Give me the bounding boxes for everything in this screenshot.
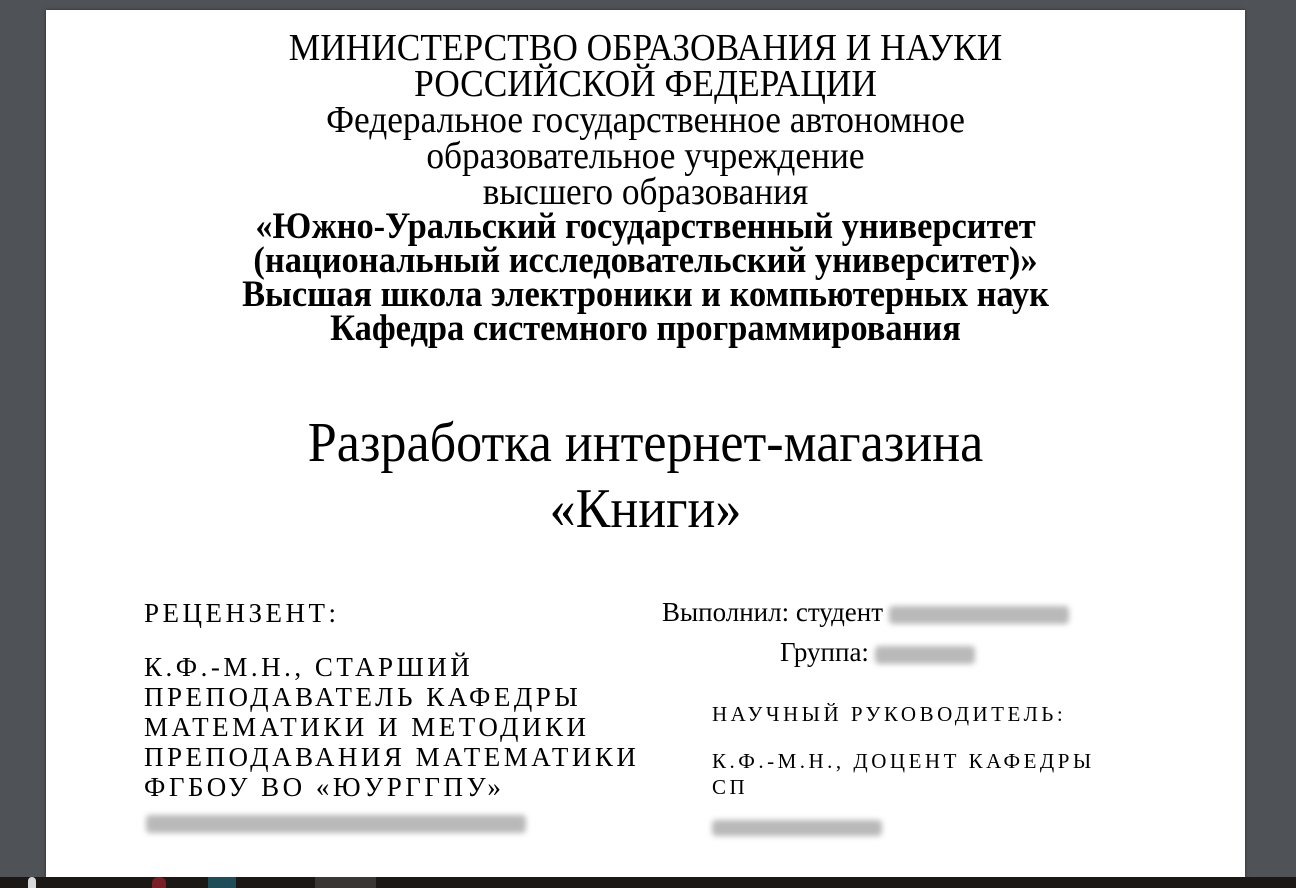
student-name-row: Выполнил: студент [662,594,1162,634]
start-icon[interactable] [28,877,36,888]
header-line-ministry: МИНИСТЕРСТВО ОБРАЗОВАНИЯ И НАУКИ [88,30,1203,66]
document-viewer: МИНИСТЕРСТВО ОБРАЗОВАНИЯ И НАУКИ РОССИЙС… [0,0,1296,877]
supervisor-desc-line: СП [712,774,1172,800]
supervisor-description: К.Ф.-М.Н., ДОЦЕНТ КАФЕДРЫ СП [712,748,1172,800]
app-icon-teal[interactable] [208,877,236,888]
group-label: Группа: [780,637,869,667]
performed-by-label: Выполнил: студент [662,597,883,627]
institution-header: МИНИСТЕРСТВО ОБРАЗОВАНИЯ И НАУКИ РОССИЙС… [46,30,1245,346]
document-page: МИНИСТЕРСТВО ОБРАЗОВАНИЯ И НАУКИ РОССИЙС… [46,10,1245,877]
reviewer-desc-line: МАТЕМАТИКИ И МЕТОДИКИ [144,712,704,742]
header-line-higher-education: высшего образования [88,174,1203,210]
supervisor-label: НАУЧНЫЙ РУКОВОДИТЕЛЬ: [712,700,1172,728]
supervisor-desc-line: К.Ф.-М.Н., ДОЦЕНТ КАФЕДРЫ [712,748,1172,774]
header-line-department: Кафедра системного программирования [88,312,1203,346]
header-line-institution-type: образовательное учреждение [88,138,1203,174]
reviewer-block: РЕЦЕНЗЕНТ: К.Ф.-М.Н., СТАРШИЙ ПРЕПОДАВАТ… [144,598,704,833]
student-block: Выполнил: студент Группа: [662,594,1162,674]
taskbar [0,877,1296,888]
student-group-redacted [875,646,975,664]
reviewer-name-redacted [146,815,526,833]
active-app-button[interactable] [315,877,376,888]
header-line-federation: РОССИЙСКОЙ ФЕДЕРАЦИИ [88,66,1203,102]
title-line-1: Разработка интернет-магазина [88,410,1203,476]
student-name-redacted [889,606,1069,624]
header-line-university-status: (национальный исследовательский универси… [88,244,1203,278]
reviewer-label: РЕЦЕНЗЕНТ: [144,598,704,628]
reviewer-desc-line: ФГБОУ ВО «ЮУРГГПУ» [144,772,704,802]
header-line-university: «Южно-Уральский государственный универси… [88,210,1203,244]
header-line-federal: Федеральное государственное автономное [88,102,1203,138]
reviewer-desc-line: ПРЕПОДАВАТЕЛЬ КАФЕДРЫ [144,682,704,712]
supervisor-block: НАУЧНЫЙ РУКОВОДИТЕЛЬ: К.Ф.-М.Н., ДОЦЕНТ … [712,700,1172,836]
supervisor-name-redacted [712,820,882,836]
header-line-school: Высшая школа электроники и компьютерных … [88,278,1203,312]
reviewer-desc-line: ПРЕПОДАВАНИЯ МАТЕМАТИКИ [144,742,704,772]
app-icon-red[interactable] [152,877,166,888]
reviewer-description: К.Ф.-М.Н., СТАРШИЙ ПРЕПОДАВАТЕЛЬ КАФЕДРЫ… [144,652,704,802]
student-group-row: Группа: [662,634,1162,674]
reviewer-desc-line: К.Ф.-М.Н., СТАРШИЙ [144,652,704,682]
title-line-2: «Книги» [88,476,1203,542]
document-title: Разработка интернет-магазина «Книги» [46,410,1245,542]
